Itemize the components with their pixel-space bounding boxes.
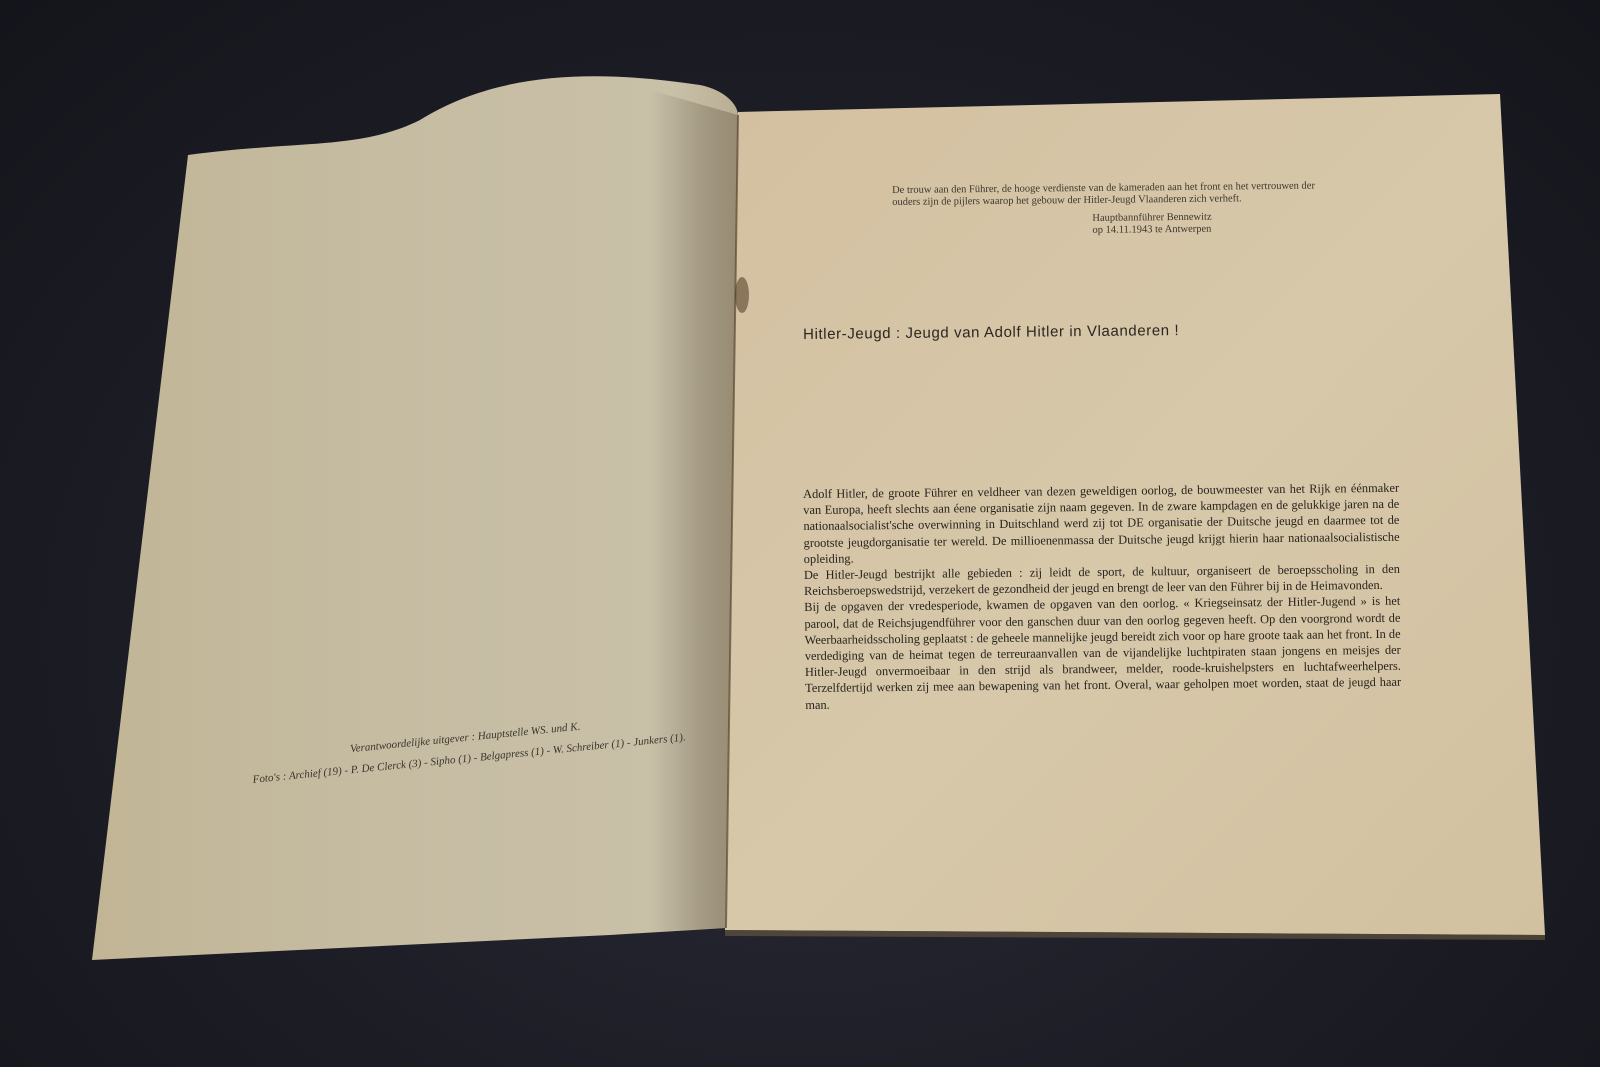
epigraph-place-date: op 14.11.1943 te Antwerpen	[1092, 222, 1332, 237]
body-paragraph: Bij de opgaven der vredesperiode, kwamen…	[804, 593, 1401, 713]
epigraph-quote: De trouw aan den Führer, de hooge verdie…	[892, 180, 1332, 209]
body-text: Adolf Hitler, de groote Führer en veldhe…	[803, 480, 1401, 713]
epigraph: De trouw aan den Führer, de hooge verdie…	[892, 180, 1333, 239]
booklet-photo: De trouw aan den Führer, de hooge verdie…	[0, 0, 1600, 1067]
left-page	[92, 76, 738, 960]
body-paragraph: Adolf Hitler, de groote Führer en veldhe…	[803, 480, 1400, 567]
epigraph-signature: Hauptbannführer Bennewitz op 14.11.1943 …	[1092, 210, 1332, 237]
